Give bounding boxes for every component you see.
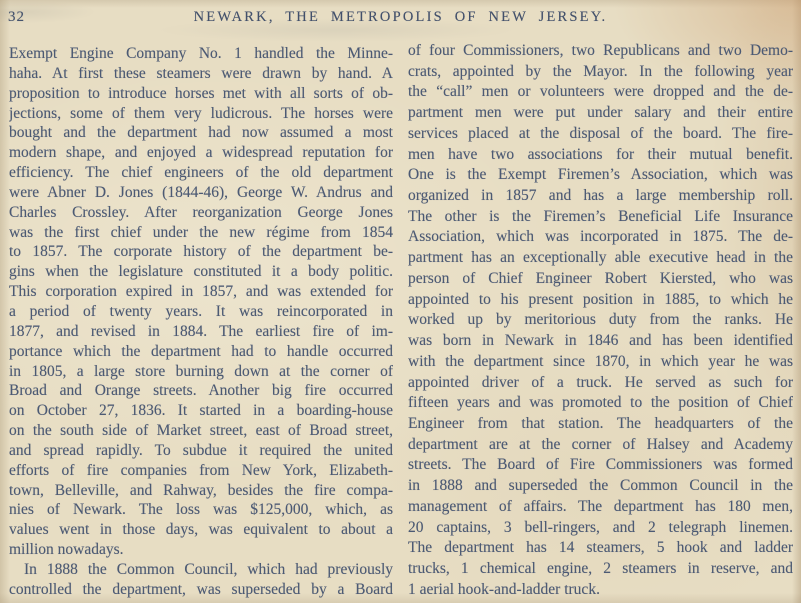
text-line: efforts of fire companies from New York,… — [9, 461, 393, 481]
text-line: on the south side of Market street, east… — [9, 421, 393, 441]
text-line: streets. The Board of Fire Commissioners… — [408, 455, 793, 476]
running-title: NEWARK, THE METROPOLIS OF NEW JERSEY. — [0, 9, 801, 26]
text-line: fifteen years and was promoted to the po… — [408, 393, 793, 414]
text-line: person of Chief Engineer Robert Kiersted… — [408, 269, 793, 290]
text-line: One is the Exempt Firemen’s Association,… — [408, 165, 793, 186]
text-line: was the first chief under the new régime… — [9, 223, 393, 243]
text-line: worked up by meritorious duty from the r… — [408, 310, 793, 331]
text-line: partment men were put under salary and t… — [408, 103, 793, 124]
text-line: trucks, 1 chemical engine, 2 steamers in… — [408, 559, 793, 580]
text-line: of four Commissioners, two Republicans a… — [408, 41, 793, 62]
text-line: In 1888 the Common Council, which had pr… — [9, 560, 393, 580]
text-line: was born in Newark in 1846 and has been … — [408, 331, 793, 352]
text-line: efficiency. The chief engineers of the o… — [9, 163, 393, 183]
text-line: nies of Newark. The loss was $125,000, w… — [9, 500, 393, 520]
text-line: management of affairs. The department ha… — [408, 497, 793, 518]
text-line: proposition to introduce horses met with… — [9, 84, 393, 104]
text-line: million nowadays. — [9, 540, 393, 560]
text-line: The other is the Firemen’s Beneficial Li… — [408, 207, 793, 228]
text-line: Charles Crossley. After reorganization G… — [9, 203, 393, 223]
text-line: crats, appointed by the Mayor. In the fo… — [408, 62, 793, 83]
text-line: department are at the corner of Halsey a… — [408, 435, 793, 456]
text-line: services placed at the disposal of the b… — [408, 124, 793, 145]
text-line: Association, which was incorporated in 1… — [408, 227, 793, 248]
text-line: 1877, and revised in 1884. The earliest … — [9, 322, 393, 342]
text-line: town, Belleville, and Rahway, besides th… — [9, 481, 393, 501]
text-line: bought and the department had now assume… — [9, 123, 393, 143]
text-line: appointed driver of a truck. He served a… — [408, 373, 793, 394]
text-line: 1 aerial hook-and-ladder truck. — [408, 580, 793, 601]
text-line: a period of twenty years. It was reincor… — [9, 302, 393, 322]
text-line: controlled the department, was supersede… — [9, 580, 393, 600]
text-line: jections, some of them very ludicrous. T… — [9, 104, 393, 124]
text-line: portance which the department had to han… — [9, 342, 393, 362]
text-line: appointed to his present position in 188… — [408, 290, 793, 311]
left-column: Exempt Engine Company No. 1 handled the … — [9, 44, 393, 600]
text-line: This corporation expired in 1857, and wa… — [9, 282, 393, 302]
text-line: The department has 14 steamers, 5 hook a… — [408, 538, 793, 559]
book-page: 32 NEWARK, THE METROPOLIS OF NEW JERSEY.… — [0, 0, 801, 603]
text-line: with the department since 1870, in which… — [408, 352, 793, 373]
text-line: haha. At first these steamers were drawn… — [9, 64, 393, 84]
text-line: were Abner D. Jones (1844-46), George W.… — [9, 183, 393, 203]
text-line: and spread rapidly. To subdue it require… — [9, 441, 393, 461]
text-line: organized in 1857 and has a large member… — [408, 186, 793, 207]
text-line: in 1805, a large store burning down at t… — [9, 362, 393, 382]
text-line: in 1888 and superseded the Common Counci… — [408, 476, 793, 497]
text-line: on October 27, 1836. It started in a boa… — [9, 401, 393, 421]
text-line: the “call” men or volunteers were droppe… — [408, 82, 793, 103]
text-line: Broad and Orange streets. Another big fi… — [9, 381, 393, 401]
right-column: of four Commissioners, two Republicans a… — [408, 41, 793, 600]
text-line: to 1857. The corporate history of the de… — [9, 242, 393, 262]
text-line: values went in those days, was equivalen… — [9, 520, 393, 540]
text-line: Engineer from that station. The headquar… — [408, 414, 793, 435]
text-line: Exempt Engine Company No. 1 handled the … — [9, 44, 393, 64]
text-line: gins when the legislature constituted it… — [9, 262, 393, 282]
text-line: 20 captains, 3 bell-ringers, and 2 teleg… — [408, 518, 793, 539]
text-line: modern shape, and enjoyed a widespread r… — [9, 143, 393, 163]
text-line: men have two associations for their mutu… — [408, 145, 793, 166]
text-line: partment has an exceptionally able execu… — [408, 248, 793, 269]
